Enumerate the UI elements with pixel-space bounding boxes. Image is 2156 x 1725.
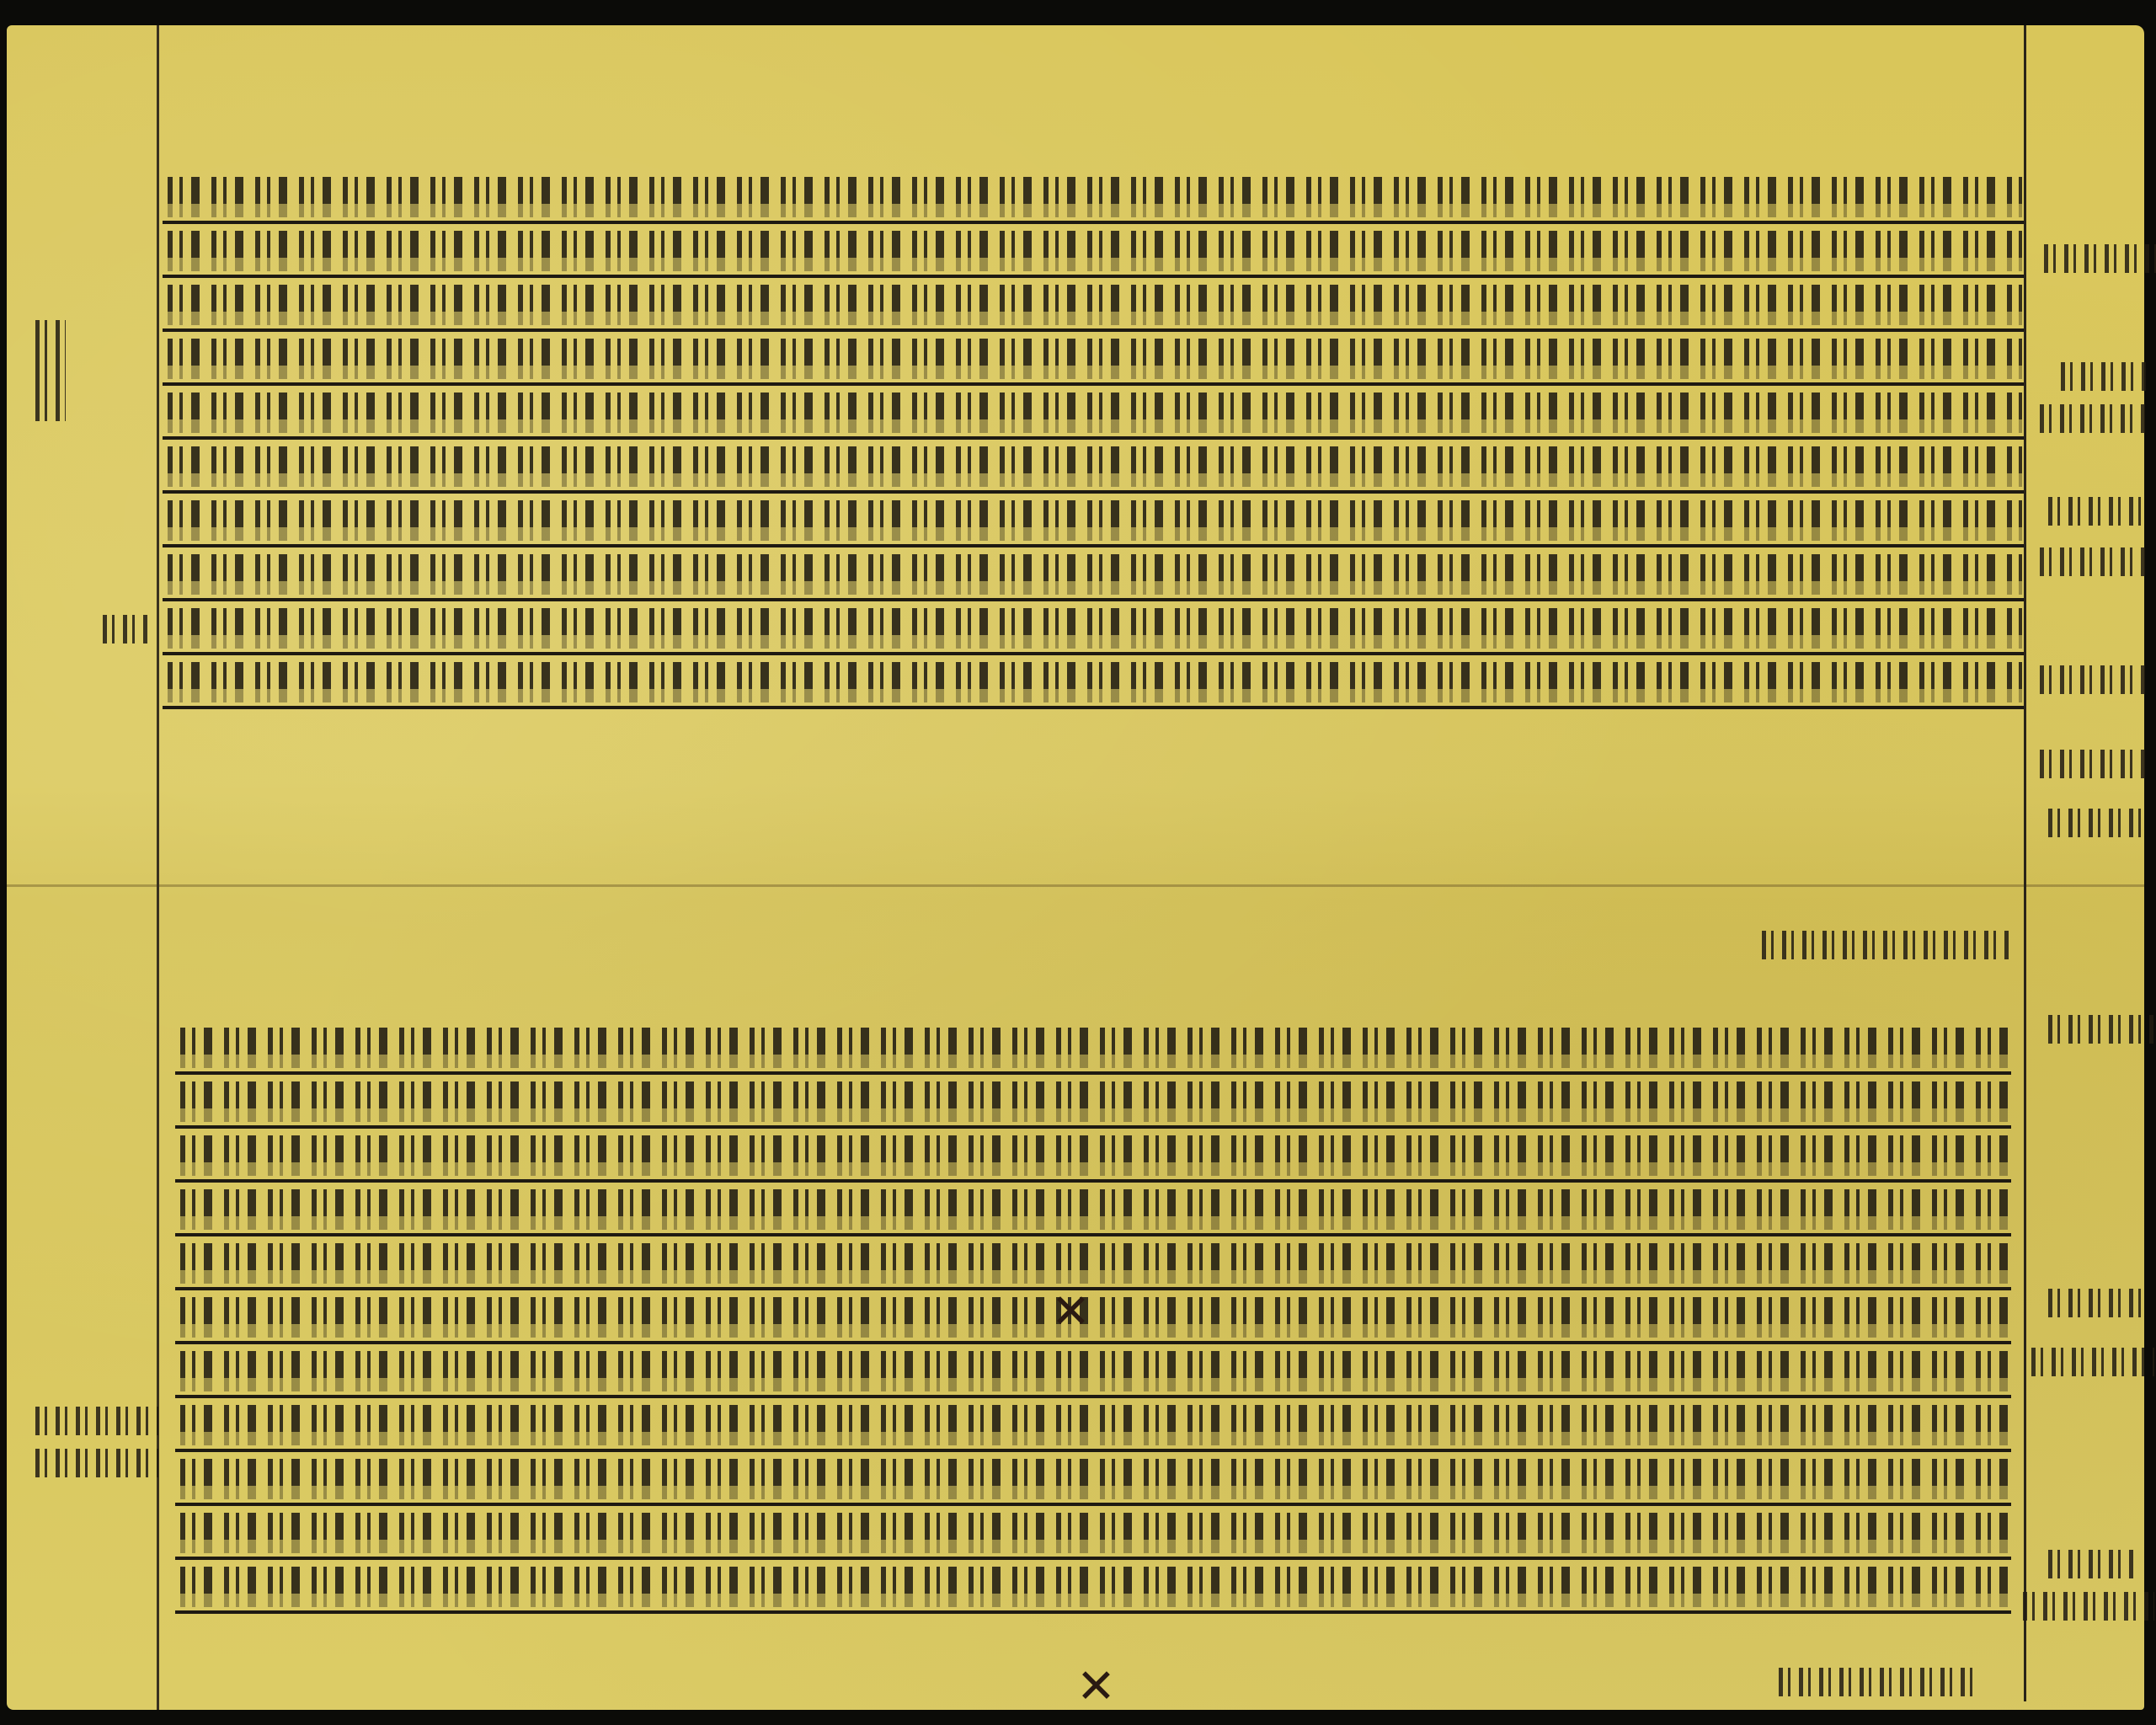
section-heading-note <box>1758 931 2011 959</box>
right-margin-note <box>2036 547 2146 576</box>
right-margin-note <box>2045 1289 2146 1317</box>
right-margin-note <box>2028 1348 2154 1376</box>
lower-text-block <box>175 1028 2011 1668</box>
right-margin-note <box>2041 244 2156 273</box>
right-margin-note <box>2036 665 2146 694</box>
left-margin-note <box>32 320 66 421</box>
right-margin-note <box>2036 750 2146 778</box>
right-margin-note <box>2057 362 2150 391</box>
page-fold <box>7 884 2144 887</box>
left-margin-note <box>32 1407 158 1435</box>
right-margin-note <box>2045 1015 2154 1044</box>
left-margin-note <box>32 1449 158 1477</box>
cross-mark: ✕ <box>1051 1289 1091 1336</box>
upper-text-block <box>163 177 2024 809</box>
right-margin-rule <box>2024 25 2026 1701</box>
right-margin-note <box>2045 1550 2137 1578</box>
right-margin-note <box>2036 404 2150 433</box>
right-margin-note <box>2020 1592 2154 1621</box>
right-margin-note <box>2045 809 2146 837</box>
footer-note <box>1775 1668 1977 1696</box>
manuscript-folio: ✕ ✕ <box>7 25 2144 1710</box>
right-margin-note <box>2045 497 2146 526</box>
cross-mark: ✕ <box>1076 1664 1116 1711</box>
left-margin-note <box>99 615 150 644</box>
